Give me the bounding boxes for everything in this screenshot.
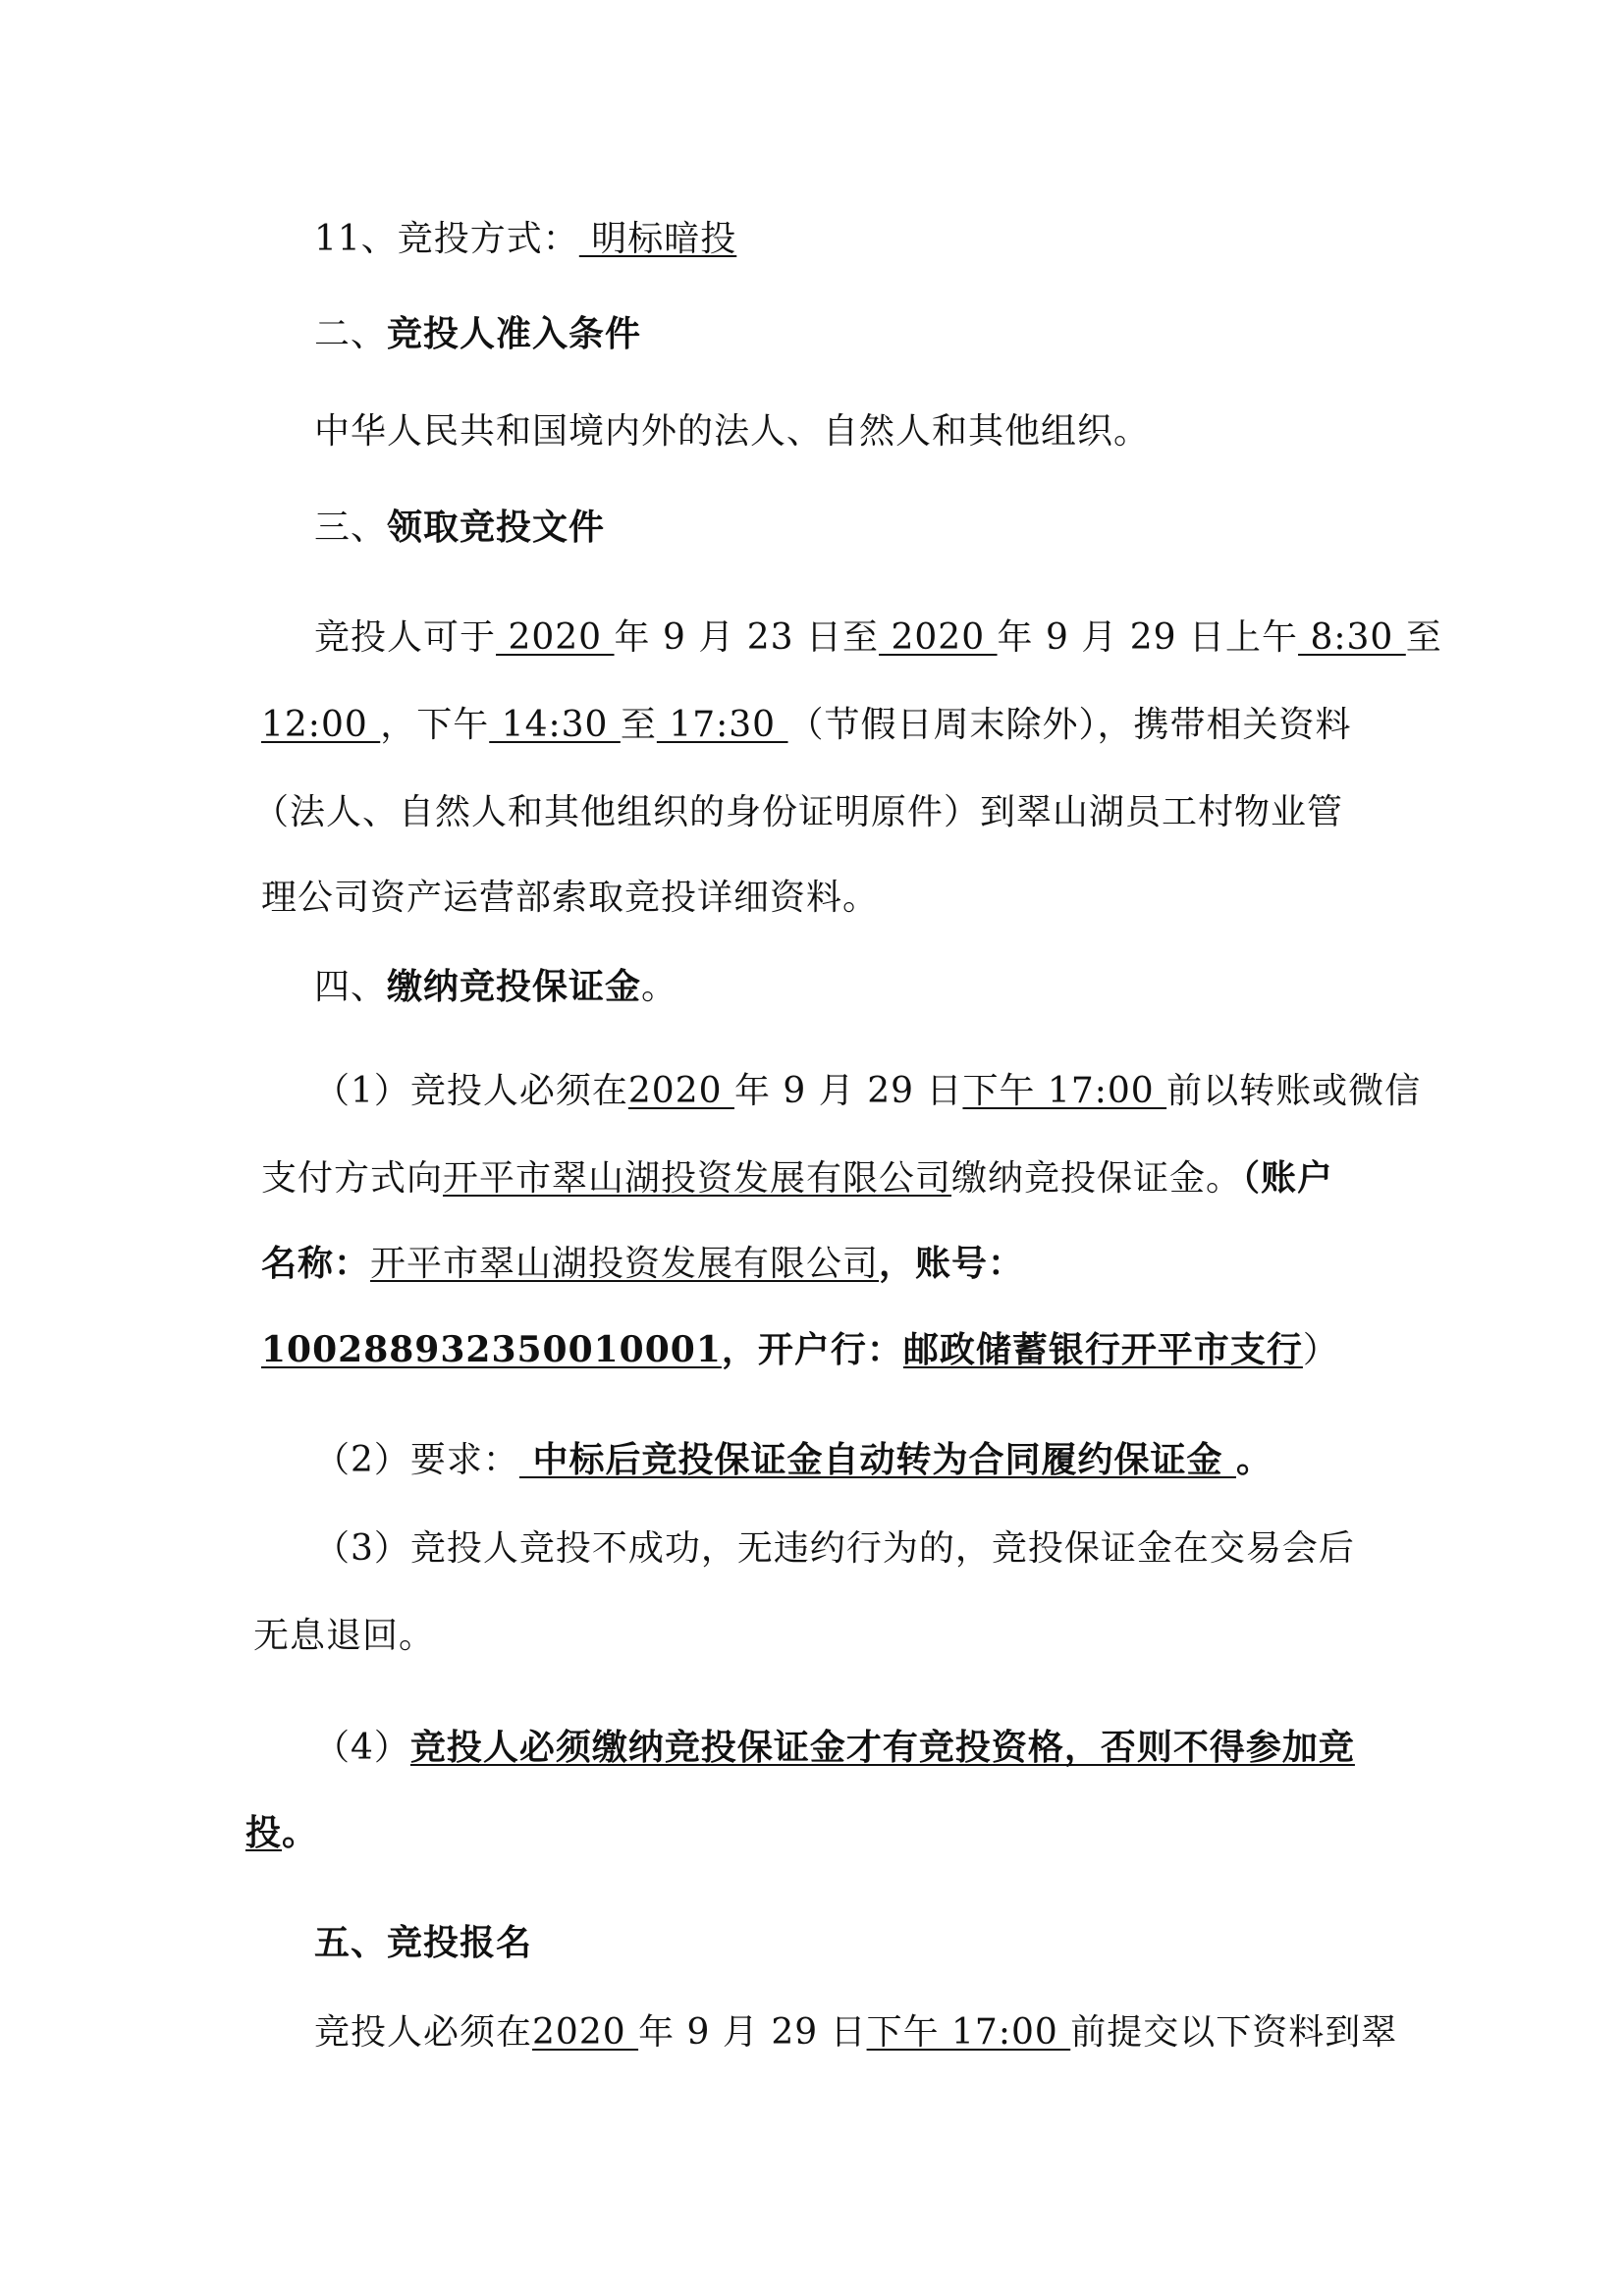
bold-text: ，账号： [879, 1243, 1024, 1284]
text-run: 理公司资产运营部索取竞投详细资料。 [261, 878, 879, 918]
bold-text: 。 [1236, 1439, 1272, 1480]
bold-text: 。 [282, 1812, 318, 1853]
text-run: 二、 [314, 314, 387, 354]
deposit-1-line-2: 支付方式向开平市翠山湖投资发展有限公司缴纳竞投保证金。（账户 [261, 1156, 1333, 1201]
bold-text: ，开户行： [722, 1329, 903, 1370]
underlined-blank: 8:30 [1298, 617, 1406, 658]
bold-text: （账户 [1242, 1157, 1333, 1199]
deposit-3-line-2: 无息退回。 [253, 1615, 435, 1658]
text-run: 前提交以下资料到翠 [1070, 2012, 1397, 2053]
underlined-blank: 100288932350010001 [261, 1329, 722, 1370]
heading-5: 五、竞投报名 [314, 1921, 532, 1965]
para-collect-4: 理公司资产运营部索取竞投详细资料。 [261, 877, 879, 920]
bold-text: 竞投人准入条件 [387, 313, 641, 354]
text-run: （法人、自然人和其他组织的身份证明原件）到翠山湖员工村物业管 [253, 792, 1343, 832]
underlined-blank: 投 [245, 1812, 282, 1853]
text-run: ） [1303, 1330, 1339, 1370]
deposit-1-line-4: 100288932350010001，开户行：邮政储蓄银行开平市支行） [261, 1328, 1339, 1372]
text-run: 三、 [314, 507, 387, 548]
document-page: 11、竞投方式： 明标暗投二、竞投人准入条件中华人民共和国境内外的法人、自然人和… [0, 0, 1624, 2296]
text-run: 11、竞投方式： [314, 219, 579, 259]
underlined-blank: 2020 [496, 617, 615, 658]
bold-text: 领取竞投文件 [387, 507, 605, 548]
para-collect-2: 12:00 ，下午 14:30 至 17:30 （节假日周末除外），携带相关资料 [261, 704, 1352, 747]
bold-text: 缴纳竞投保证金 [387, 966, 641, 1007]
text-run: 竞投人可于 [314, 617, 496, 658]
underlined-blank: 下午 17:00 [867, 2012, 1071, 2053]
text-run: 缴纳竞投保证金。 [951, 1158, 1242, 1199]
para-eligibility: 中华人民共和国境内外的法人、自然人和其他组织。 [314, 410, 1150, 454]
para-collect-1: 竞投人可于 2020 年 9 月 23 日至 2020 年 9 月 29 日上午… [314, 616, 1442, 660]
deposit-4-line-1: （4）竞投人必须缴纳竞投保证金才有竞投资格，否则不得参加竞 [314, 1726, 1355, 1770]
bold-text: 名称： [261, 1243, 370, 1284]
text-run: 四、 [314, 967, 387, 1007]
text-run: （节假日周末除外），携带相关资料 [788, 705, 1352, 745]
text-run: （3）竞投人竞投不成功，无违约行为的，竞投保证金在交易会后 [314, 1528, 1355, 1569]
registration-line-1: 竞投人必须在2020 年 9 月 29 日下午 17:00 前提交以下资料到翠 [314, 2011, 1397, 2055]
heading-4: 四、缴纳竞投保证金。 [314, 965, 677, 1009]
text-run: 至 [621, 705, 657, 745]
underlined-blank: 开平市翠山湖投资发展有限公司 [443, 1158, 951, 1199]
text-run: （1）竞投人必须在 [314, 1071, 628, 1111]
text-run: 年 9 月 29 日 [638, 2012, 867, 2053]
deposit-4-line-2: 投。 [245, 1811, 318, 1855]
text-run: 支付方式向 [261, 1158, 443, 1199]
text-run: 前以转账或微信 [1166, 1071, 1421, 1111]
text-run: 年 9 月 29 日上午 [998, 617, 1299, 658]
text-run: （2）要求： [314, 1440, 519, 1480]
text-run: 年 9 月 23 日至 [615, 617, 880, 658]
deposit-1-line-3: 名称：开平市翠山湖投资发展有限公司，账号： [261, 1242, 1024, 1286]
underlined-blank: 2020 [532, 2012, 638, 2053]
underlined-blank: 下午 17:00 [962, 1071, 1166, 1111]
text-run: 至 [1406, 617, 1442, 658]
heading-3: 三、领取竞投文件 [314, 506, 605, 550]
text-run: 竞投人必须在 [314, 2012, 532, 2053]
text-run: （4） [314, 1728, 410, 1768]
underlined-blank: 邮政储蓄银行开平市支行 [903, 1329, 1303, 1370]
underlined-blank: 2020 [879, 617, 998, 658]
text-run: 年 9 月 29 日 [734, 1071, 963, 1111]
underlined-blank: 17:30 [657, 705, 788, 745]
para-collect-3: （法人、自然人和其他组织的身份证明原件）到翠山湖员工村物业管 [253, 791, 1343, 834]
item-11: 11、竞投方式： 明标暗投 [314, 218, 736, 261]
heading-2: 二、竞投人准入条件 [314, 312, 641, 356]
text-run: 中华人民共和国境内外的法人、自然人和其他组织。 [314, 411, 1150, 452]
deposit-1-line-1: （1）竞投人必须在2020 年 9 月 29 日下午 17:00 前以转账或微信 [314, 1070, 1421, 1113]
underlined-blank: 中标后竞投保证金自动转为合同履约保证金 [519, 1439, 1236, 1480]
underlined-blank: 2020 [628, 1071, 734, 1111]
deposit-3-line-1: （3）竞投人竞投不成功，无违约行为的，竞投保证金在交易会后 [314, 1527, 1355, 1571]
underlined-blank: 明标暗投 [579, 219, 736, 259]
underlined-blank: 14:30 [489, 705, 621, 745]
underlined-blank: 开平市翠山湖投资发展有限公司 [370, 1244, 879, 1284]
text-run: 无息退回。 [253, 1616, 435, 1656]
text-run: ，下午 [380, 705, 489, 745]
bold-text: 五、竞投报名 [314, 1922, 532, 1963]
underlined-blank: 12:00 [261, 705, 380, 745]
deposit-2: （2）要求： 中标后竞投保证金自动转为合同履约保证金 。 [314, 1438, 1272, 1482]
text-run: 。 [641, 967, 677, 1007]
underlined-blank: 竞投人必须缴纳竞投保证金才有竞投资格，否则不得参加竞 [410, 1727, 1355, 1768]
